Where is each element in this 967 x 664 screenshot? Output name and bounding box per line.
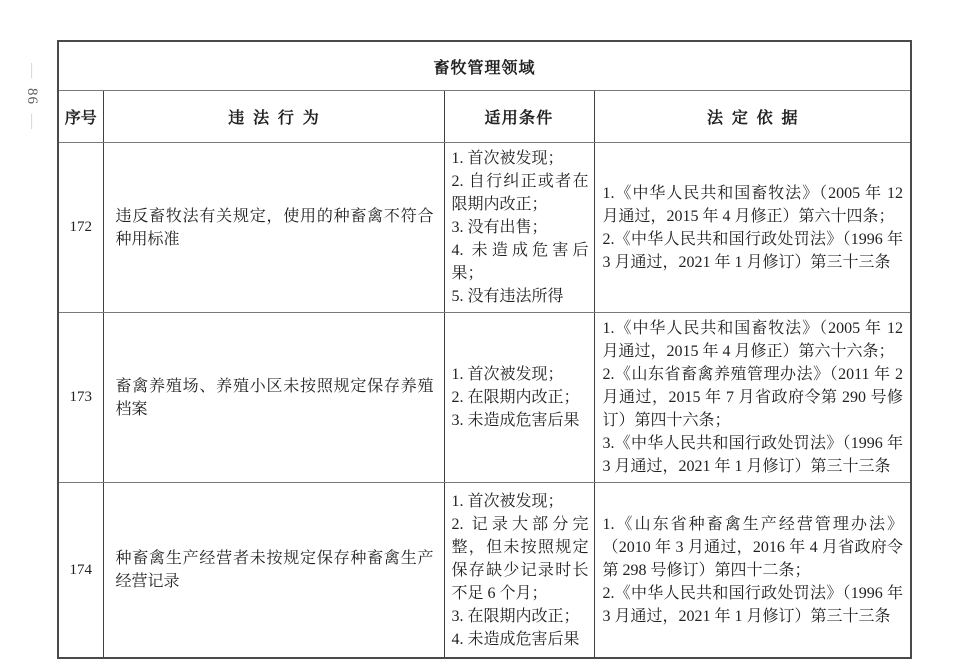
table-title: 畜牧管理领域 (58, 41, 911, 91)
text-line: 1.《中华人民共和国畜牧法》（2005 年 12 月通过，2015 年 4 月修… (603, 182, 904, 228)
table-row-172: 172 违反畜牧法有关规定，使用的种畜禽不符合种用标准 1. 首次被发现；2. … (58, 143, 911, 313)
row-behavior-cell: 违反畜牧法有关规定，使用的种畜禽不符合种用标准 (103, 143, 444, 313)
text-line: 2.《中华人民共和国行政处罚法》（1996 年 3 月通过，2021 年 1 月… (603, 228, 904, 274)
table-header-row: 序号 违法行为 适用条件 法定依据 (58, 91, 911, 143)
row-behavior-cell: 畜禽养殖场、养殖小区未按照规定保存养殖档案 (103, 313, 444, 483)
text-line: 1.《山东省种畜禽生产经营管理办法》（2010 年 3 月通过，2016 年 4… (603, 513, 904, 582)
text-line: 3. 没有出售； (452, 216, 589, 239)
text-line: 2. 记录大部分完整，但未按照规定保存缺少记录时长不足 6 个月； (452, 513, 589, 605)
text-line: 1. 首次被发现； (452, 147, 589, 170)
row-conditions-cell: 1. 首次被发现；2. 记录大部分完整，但未按照规定保存缺少记录时长不足 6 个… (444, 483, 594, 659)
row-basis-cell: 1.《中华人民共和国畜牧法》（2005 年 12 月通过，2015 年 4 月修… (594, 313, 911, 483)
text-line: 2. 在限期内改正； (452, 386, 589, 409)
text-line: 3.《中华人民共和国行政处罚法》（1996 年 3 月通过，2021 年 1 月… (603, 432, 904, 478)
regulation-table: 畜牧管理领域 序号 违法行为 适用条件 法定依据 172 违反畜牧法有关规定，使… (57, 40, 912, 659)
conditions-list: 1. 首次被发现；2. 自行纠正或者在限期内改正；3. 没有出售；4. 未造成危… (452, 147, 589, 308)
table-row-173: 173 畜禽养殖场、养殖小区未按照规定保存养殖档案 1. 首次被发现；2. 在限… (58, 313, 911, 483)
col-header-basis: 法定依据 (594, 91, 911, 143)
basis-list: 1.《山东省种畜禽生产经营管理办法》（2010 年 3 月通过，2016 年 4… (603, 513, 904, 628)
page-number: —86— (18, 54, 40, 136)
conditions-list: 1. 首次被发现；2. 在限期内改正；3. 未造成危害后果 (452, 363, 589, 432)
text-line: 4. 未造成危害后果 (452, 628, 589, 651)
text-line: 2.《山东省畜禽养殖管理办法》（2011 年 2 月通过，2015 年 7 月省… (603, 363, 904, 432)
text-line: 3. 未造成危害后果 (452, 409, 589, 432)
text-line: 5. 没有违法所得 (452, 285, 589, 308)
col-header-conditions: 适用条件 (444, 91, 594, 143)
text-line: 3. 在限期内改正； (452, 605, 589, 628)
row-index: 172 (58, 143, 103, 313)
row-index: 174 (58, 483, 103, 659)
page-number-dash-left: — (24, 63, 40, 79)
text-line: 1. 首次被发现； (452, 490, 589, 513)
text-line: 4. 未造成危害后果； (452, 239, 589, 285)
basis-list: 1.《中华人民共和国畜牧法》（2005 年 12 月通过，2015 年 4 月修… (603, 182, 904, 274)
row-behavior-cell: 种畜禽生产经营者未按规定保存种畜禽生产经营记录 (103, 483, 444, 659)
table-title-row: 畜牧管理领域 (58, 41, 911, 91)
document-page: —86— 畜牧管理领域 序号 违法行为 适用条件 法定依据 172 违反畜牧法有… (0, 0, 967, 664)
row-basis-cell: 1.《中华人民共和国畜牧法》（2005 年 12 月通过，2015 年 4 月修… (594, 143, 911, 313)
text-line: 1. 首次被发现； (452, 363, 589, 386)
basis-list: 1.《中华人民共和国畜牧法》（2005 年 12 月通过，2015 年 4 月修… (603, 317, 904, 478)
behavior-text: 违反畜牧法有关规定，使用的种畜禽不符合种用标准 (116, 205, 434, 251)
col-header-behavior: 违法行为 (103, 91, 444, 143)
row-conditions-cell: 1. 首次被发现；2. 在限期内改正；3. 未造成危害后果 (444, 313, 594, 483)
row-index: 173 (58, 313, 103, 483)
row-basis-cell: 1.《山东省种畜禽生产经营管理办法》（2010 年 3 月通过，2016 年 4… (594, 483, 911, 659)
text-line: 2.《中华人民共和国行政处罚法》（1996 年 3 月通过，2021 年 1 月… (603, 582, 904, 628)
behavior-text: 畜禽养殖场、养殖小区未按照规定保存养殖档案 (116, 375, 434, 421)
text-line: 2. 自行纠正或者在限期内改正； (452, 170, 589, 216)
text-line: 1.《中华人民共和国畜牧法》（2005 年 12 月通过，2015 年 4 月修… (603, 317, 904, 363)
col-header-index: 序号 (58, 91, 103, 143)
row-conditions-cell: 1. 首次被发现；2. 自行纠正或者在限期内改正；3. 没有出售；4. 未造成危… (444, 143, 594, 313)
page-number-value: 86 (24, 88, 40, 105)
conditions-list: 1. 首次被发现；2. 记录大部分完整，但未按照规定保存缺少记录时长不足 6 个… (452, 490, 589, 651)
page-number-dash-right: — (24, 114, 40, 130)
behavior-text: 种畜禽生产经营者未按规定保存种畜禽生产经营记录 (116, 547, 434, 593)
table-row-174: 174 种畜禽生产经营者未按规定保存种畜禽生产经营记录 1. 首次被发现；2. … (58, 483, 911, 659)
